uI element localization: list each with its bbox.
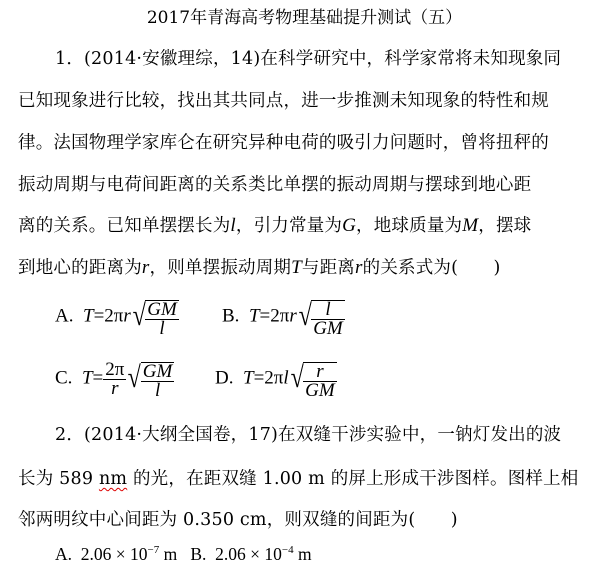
q2-option-a[interactable]: A. 2.06 × 10−7 m: [55, 544, 177, 564]
page-title: 2017年青海高考物理基础提升测试（五）: [0, 6, 609, 30]
q1-option-b[interactable]: B. T=2πr√lGM: [222, 296, 345, 338]
var-r: r: [355, 257, 363, 278]
q2-line-2: 长为 589 nm 的光，在距双缝 1.00 m 的屏上形成干涉图样。图样上相: [18, 467, 579, 491]
q1-line-5: 离的关系。已知单摆摆长为l，引力常量为G，地球质量为M，摆球: [18, 214, 531, 238]
q1-line-2: 已知现象进行比较，找出其共同点，进一步推测未知现象的特性和规: [18, 89, 549, 113]
q1-option-d[interactable]: D. T=2πl√rGM: [215, 358, 337, 400]
q2-line-3: 邻两明纹中心间距为 0.350 cm，则双缝的间距为( ): [18, 508, 458, 532]
q1-option-c[interactable]: C. T=2πr√GMl: [55, 358, 174, 400]
q2-option-b[interactable]: B. 2.06 × 10−4 m: [190, 544, 311, 564]
var-T: T: [291, 257, 302, 278]
q1-line-1: 1．(2014·安徽理综，14)在科学研究中，科学家常将未知现象同: [55, 47, 561, 71]
q2-options-row: A. 2.06 × 10−7 m B. 2.06 × 10−4 m: [55, 544, 312, 565]
sqrt-icon: √GMl: [126, 358, 174, 400]
spellcheck-underline: nm: [99, 469, 127, 489]
var-G: G: [342, 215, 356, 236]
q1-option-a[interactable]: A. T=2πr√GMl: [55, 296, 179, 338]
var-M: M: [462, 215, 478, 236]
q2-line-1: 2．(2014·大纲全国卷，17)在双缝干涉实验中，一钠灯发出的波: [55, 423, 561, 447]
var-r: r: [142, 257, 150, 278]
q1-line-3: 律。法国物理学家库仑在研究异种电荷的吸引力问题时，曾将扭秤的: [18, 131, 549, 155]
sqrt-icon: √lGM: [297, 296, 345, 338]
sqrt-icon: √GMl: [131, 296, 179, 338]
sqrt-icon: √rGM: [289, 358, 337, 400]
q1-line-4: 振动周期与电荷间距离的关系类比单摆的振动周期与摆球到地心距: [18, 173, 531, 197]
q1-line-6: 到地心的距离为r，则单摆振动周期T与距离r的关系式为( ): [18, 256, 501, 280]
